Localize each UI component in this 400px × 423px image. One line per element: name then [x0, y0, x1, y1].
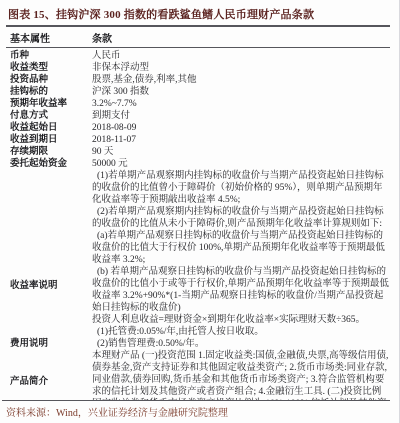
yield-clause-a: (a)若单期产品观察日挂钩标的收盘价与当期产品投资起始日挂钩标的收盘价的比值大于…	[92, 230, 390, 266]
row-label: 挂钩标的	[6, 86, 92, 98]
row-label: 收益率说明	[6, 170, 92, 326]
row-value: 沪深 300 指数	[92, 86, 390, 98]
row-label: 预期年收益率	[6, 98, 92, 110]
row-value: 非保本浮动型	[92, 62, 390, 74]
yield-clause-b: (b) 若单期产品观察日挂钩标的收盘价与当期产品投资起始日挂钩标的收盘价的比值小…	[92, 266, 390, 314]
fee-clause-1: (1)托管费:0.05%/年,由托管人按日收取。	[92, 326, 390, 338]
row-label: 收益类型	[6, 62, 92, 74]
figure-title: 图表 15、挂钩沪深 300 指数的看跌鲨鱼鳍人民币理财产品条款	[6, 8, 390, 27]
row-label: 委托起始资金	[6, 158, 92, 170]
table-row-start-date: 收益起始日 2018-08-09	[6, 122, 390, 134]
fee-clause-2: (2)销售管理费:0.50%/年。	[92, 338, 390, 350]
row-value: 50000 元	[92, 158, 390, 170]
row-value: (1)若单期产品观察期内挂钩标的收盘价与当期产品投资起始日挂钩标的收盘价的比值曾…	[92, 170, 390, 326]
yield-clause-2: (2)若单期产品观察期内挂钩标的收盘价与当期产品投资起始日挂钩标的收盘价的比值从…	[92, 206, 390, 230]
row-value: 2018-11-07	[92, 134, 390, 146]
table-row-expected-yield: 预期年收益率 3.2%~7.7%	[6, 98, 390, 110]
yield-formula: 投资人利息收益=理财资金×到期年化收益率×实际理财天数÷365。	[92, 314, 390, 326]
header-terms: 条款	[92, 30, 390, 45]
row-value: (1)托管费:0.05%/年,由托管人按日收取。 (2)销售管理费:0.50%/…	[92, 326, 390, 350]
table-row-maturity-date: 收益到期日 2018-11-07	[6, 134, 390, 146]
row-label: 费用说明	[6, 326, 92, 350]
table-body: 币种 人民币 收益类型 非保本浮动型 投资品种 股票,基金,债券,利率,其他 挂…	[6, 48, 390, 416]
row-value: 人民币	[92, 50, 390, 62]
row-value: 2018-08-09	[92, 122, 390, 134]
table-row-interest-payment: 付息方式 到期支付	[6, 110, 390, 122]
report-figure-page: 图表 15、挂钩沪深 300 指数的看跌鲨鱼鳍人民币理财产品条款 基本属性 条款…	[0, 0, 400, 423]
row-label: 币种	[6, 50, 92, 62]
table-header-row: 基本属性 条款	[6, 27, 390, 48]
row-value: 到期支付	[92, 110, 390, 122]
table-row-underlying: 挂钩标的 沪深 300 指数	[6, 86, 390, 98]
table-row-currency: 币种 人民币	[6, 50, 390, 62]
row-label: 收益起始日	[6, 122, 92, 134]
row-value: 90 天	[92, 146, 390, 158]
table-row-duration: 存续期限 90 天	[6, 146, 390, 158]
row-label: 投资品种	[6, 74, 92, 86]
yield-clause-1: (1)若单期产品观察期内挂钩标的收盘价与当期产品投资起始日挂钩标的收盘价的比值曾…	[92, 170, 390, 206]
row-label: 存续期限	[6, 146, 92, 158]
table-row-return-type: 收益类型 非保本浮动型	[6, 62, 390, 74]
table-row-fee-description: 费用说明 (1)托管费:0.05%/年,由托管人按日收取。 (2)销售管理费:0…	[6, 326, 390, 350]
table-row-investment-types: 投资品种 股票,基金,债券,利率,其他	[6, 74, 390, 86]
header-attribute: 基本属性	[6, 30, 92, 45]
table-row-yield-description: 收益率说明 (1)若单期产品观察期内挂钩标的收盘价与当期产品投资起始日挂钩标的收…	[6, 170, 390, 326]
row-value: 股票,基金,债券,利率,其他	[92, 74, 390, 86]
row-label: 收益到期日	[6, 134, 92, 146]
figure-content: 图表 15、挂钩沪深 300 指数的看跌鲨鱼鳍人民币理财产品条款 基本属性 条款…	[0, 0, 399, 416]
table-row-minimum-amount: 委托起始资金 50000 元	[6, 158, 390, 170]
row-label: 付息方式	[6, 110, 92, 122]
row-value: 3.2%~7.7%	[92, 98, 390, 110]
source-note: 资料来源：Wind，兴业证券经济与金融研究院整理	[2, 400, 390, 421]
